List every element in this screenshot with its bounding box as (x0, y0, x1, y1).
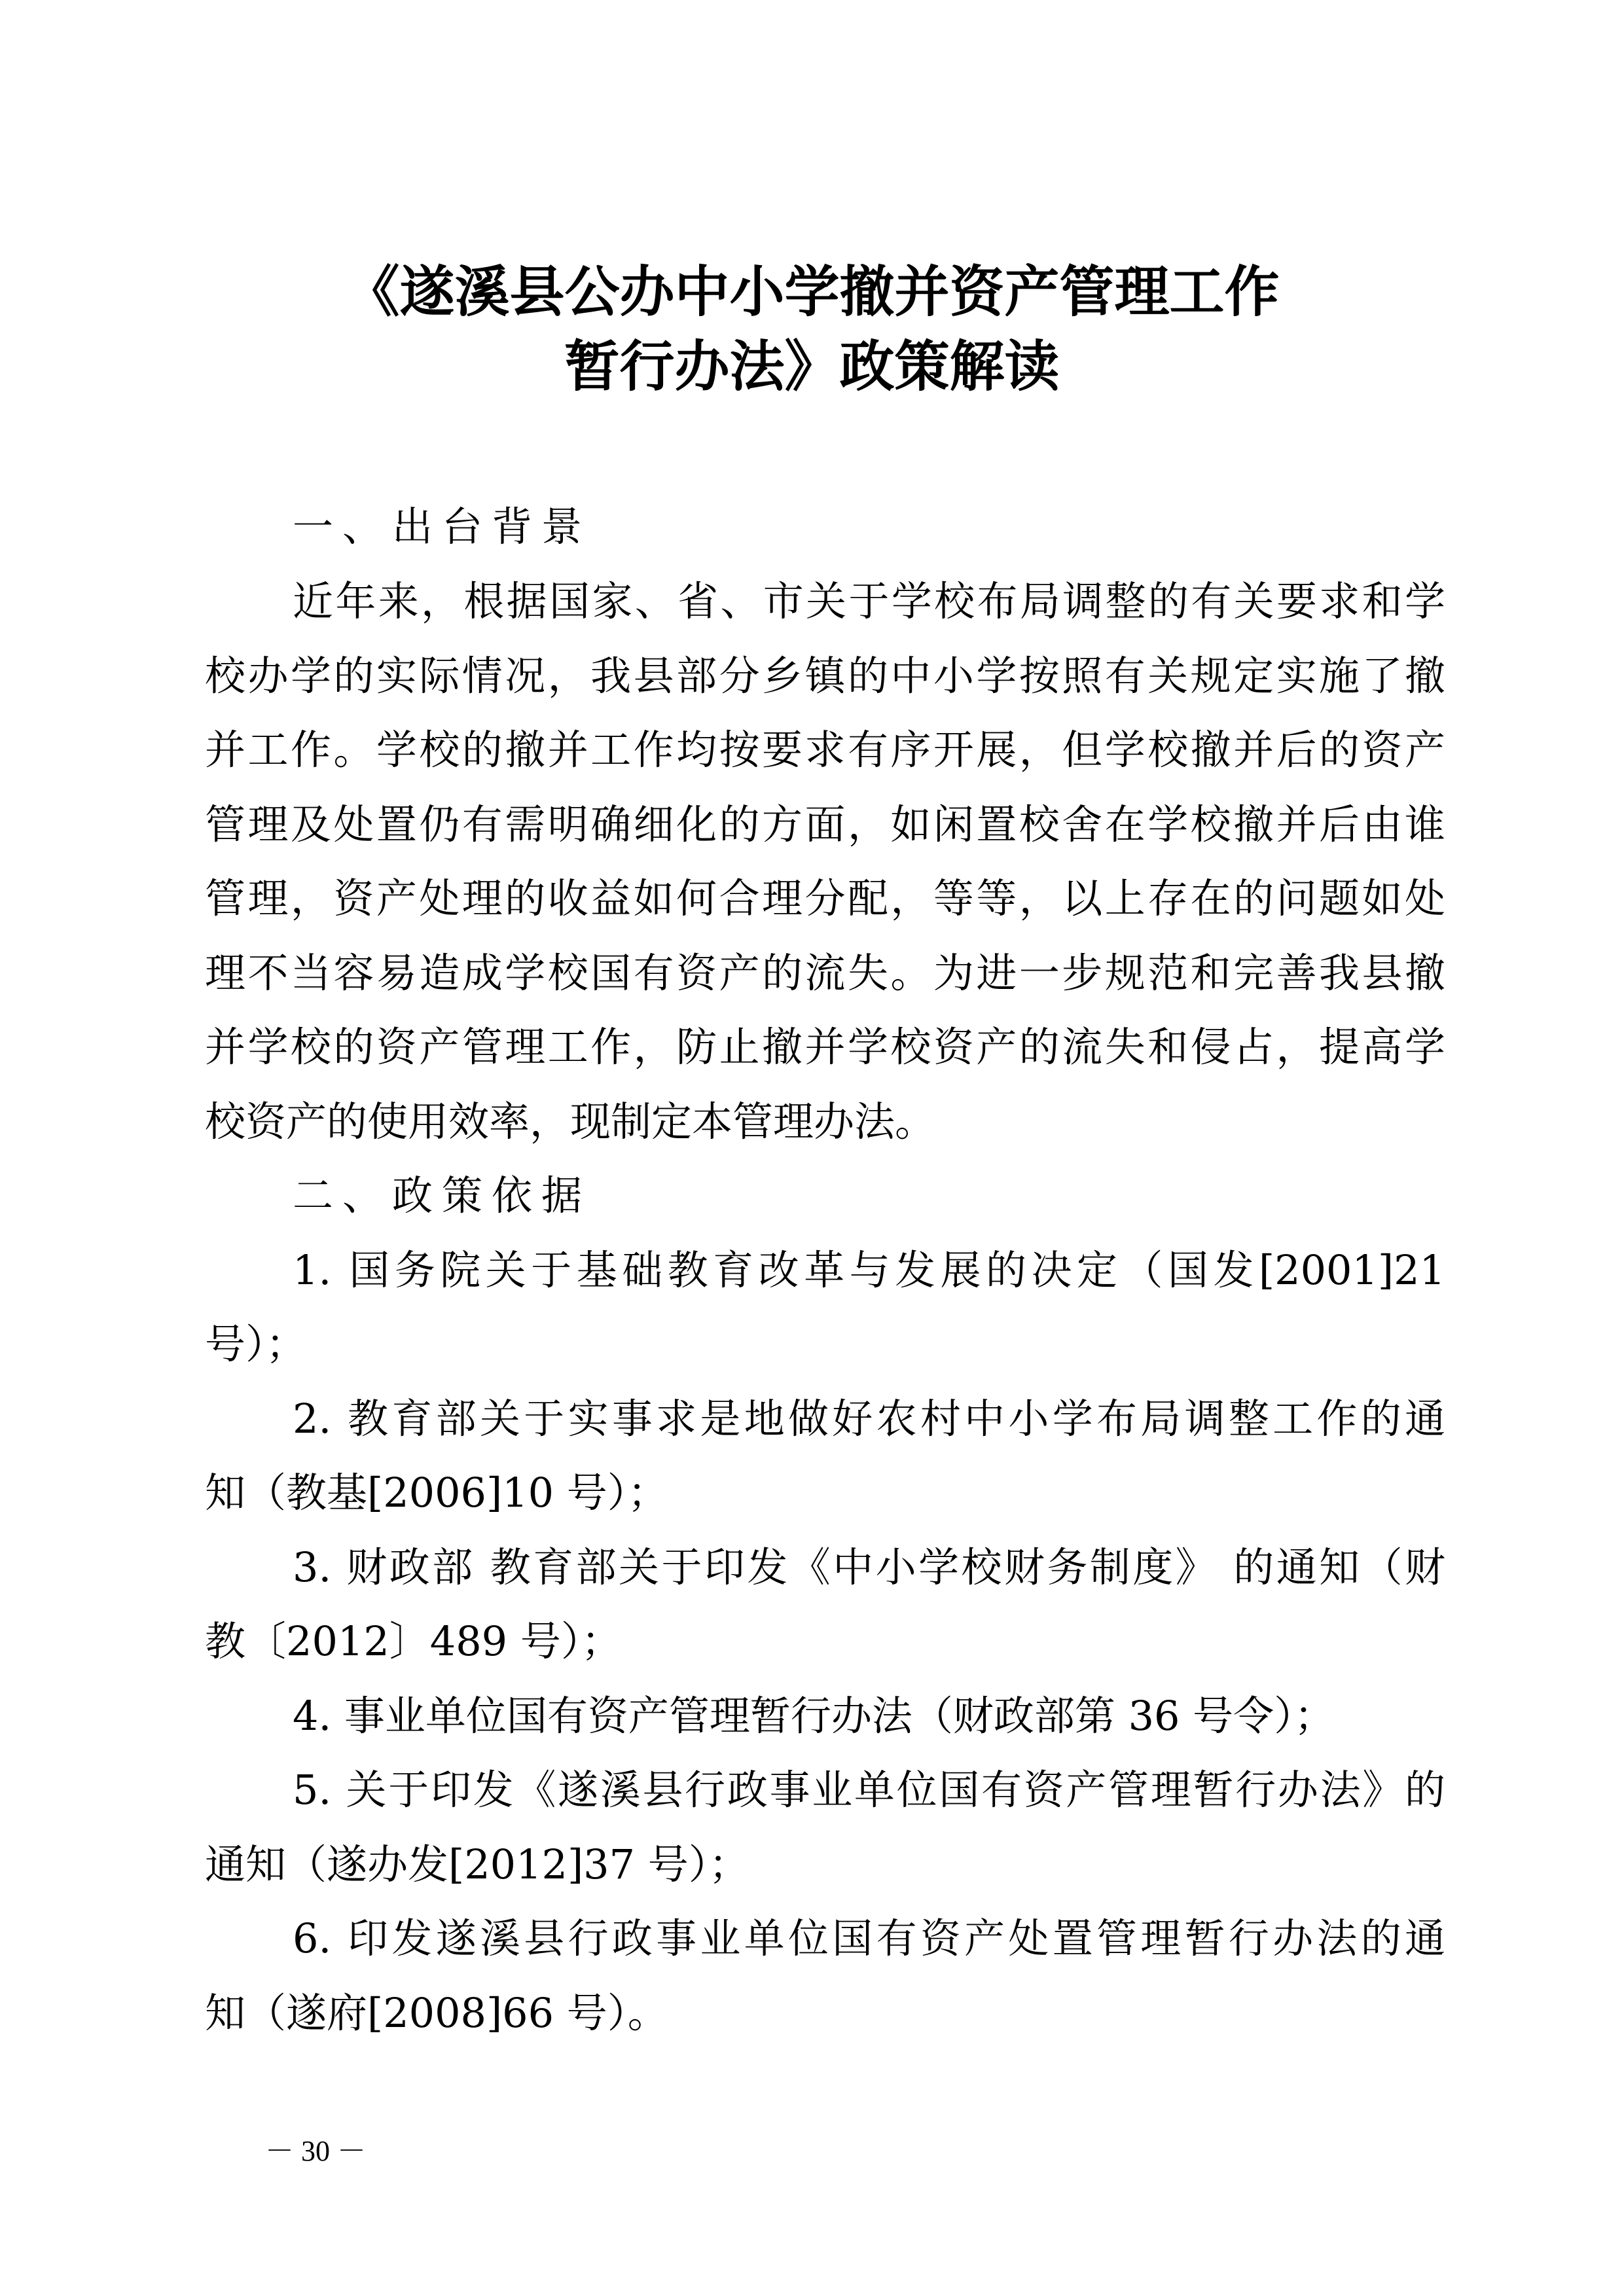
paragraph-line: 校办学的实际情况，我县部分乡镇的中小学按照有关规定实施了撤 (205, 639, 1445, 713)
basis-item-5-line-2: 通知（遂办发[2012]37 号）； (205, 1827, 1445, 1902)
paragraph-line: 并学校的资产管理工作，防止撤并学校资产的流失和侵占，提高学 (205, 1010, 1445, 1085)
paragraph-line: 近年来，根据国家、省、市关于学校布局调整的有关要求和学 (205, 564, 1445, 639)
basis-item-3-line-2: 教〔2012〕489 号）； (205, 1604, 1445, 1679)
basis-item-2-line-2: 知（教基[2006]10 号）； (205, 1456, 1445, 1530)
paragraph-line: 管理及处置仍有需明确细化的方面，如闲置校舍在学校撤并后由谁 (205, 787, 1445, 862)
basis-item-1-line-1: 1. 国务院关于基础教育改革与发展的决定（国发[2001]21 (205, 1233, 1445, 1308)
basis-item-6-line-2: 知（遂府[2008]66 号）。 (205, 1976, 1445, 2051)
document-title-line-1: 《遂溪县公办中小学撤并资产管理工作 (0, 264, 1624, 319)
section-heading-background: 一、出台背景 (205, 490, 1445, 564)
paragraph-line: 校资产的使用效率，现制定本管理办法。 (205, 1085, 1445, 1159)
document-page: 《遂溪县公办中小学撤并资产管理工作 暂行办法》政策解读 一、出台背景 近年来，根… (0, 0, 1624, 2296)
paragraph-line: 理不当容易造成学校国有资产的流失。为进一步规范和完善我县撤 (205, 936, 1445, 1011)
basis-item-4-line-1: 4. 事业单位国有资产管理暂行办法（财政部第 36 号令）； (205, 1679, 1445, 1753)
section-heading-policy-basis: 二、政策依据 (205, 1158, 1445, 1233)
basis-item-5-line-1: 5. 关于印发《遂溪县行政事业单位国有资产管理暂行办法》的 (205, 1753, 1445, 1827)
basis-item-2-line-1: 2. 教育部关于实事求是地做好农村中小学布局调整工作的通 (205, 1382, 1445, 1456)
basis-item-3-line-1: 3. 财政部 教育部关于印发《中小学校财务制度》 的通知（财 (205, 1530, 1445, 1605)
basis-item-6-line-1: 6. 印发遂溪县行政事业单位国有资产处置管理暂行办法的通 (205, 1901, 1445, 1976)
basis-item-1-line-2: 号）； (205, 1307, 1445, 1382)
page-number: － 30 － (265, 2135, 366, 2168)
paragraph-line: 管理，资产处理的收益如何合理分配，等等，以上存在的问题如处 (205, 861, 1445, 936)
document-title-line-2: 暂行办法》政策解读 (0, 339, 1624, 394)
paragraph-line: 并工作。学校的撤并工作均按要求有序开展，但学校撤并后的资产 (205, 713, 1445, 787)
